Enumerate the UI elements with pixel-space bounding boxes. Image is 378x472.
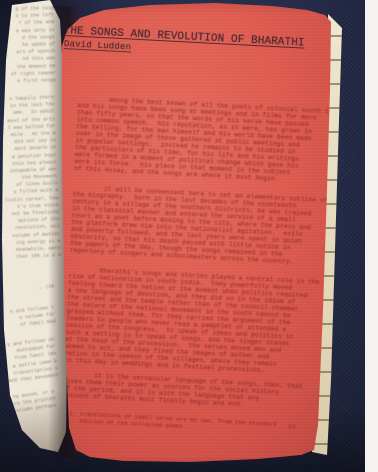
book-product-photo: g of the saids to the leftr of the ande … <box>0 0 378 472</box>
body-paragraph-3: bharathi's songs and stories played a ce… <box>64 266 331 378</box>
body-paragraph-2: it will be convenient here to set an ele… <box>70 184 335 268</box>
navy-fabric-backdrop: g of the saids to the leftr of the ande … <box>0 0 365 472</box>
page-number: 58 <box>288 424 296 431</box>
body-text-column: among the best known of all the poets of… <box>60 95 340 450</box>
body-paragraph-1: among the best known of all the poets of… <box>74 95 340 186</box>
chapter-heading: THE SONGS AND REVOLUTION OF BHARATHI Dav… <box>63 24 334 65</box>
body-paragraph-4: it is the vernacular language of the son… <box>62 371 293 411</box>
footnote: 1. translations of tamil verse are my ow… <box>69 411 289 436</box>
